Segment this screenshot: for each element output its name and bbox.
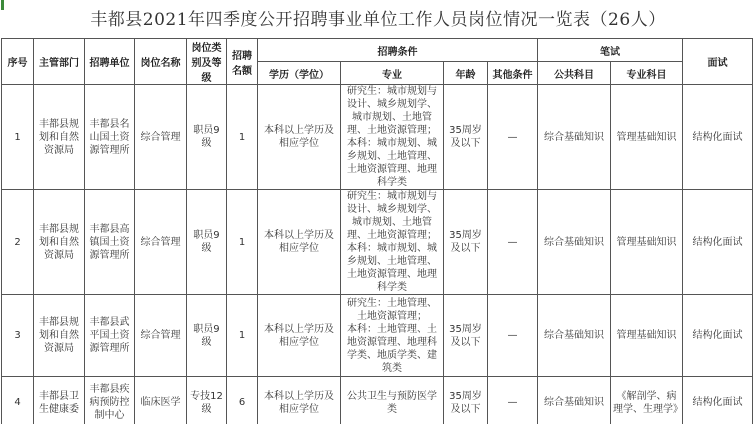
header-quota: 招聘名额 [227, 39, 258, 85]
cell-department: 丰都县规划和自然资源局 [34, 295, 85, 377]
cell-interview: 结构化面试 [683, 85, 753, 190]
table-row: 1 丰都县规划和自然资源局 丰都县名山国土资源管理所 综合管理 职员9级 1 本… [2, 85, 753, 190]
header-public-subject: 公共科目 [538, 62, 611, 85]
cell-major: 研究生：土地管理、土地资源管理； 本科：土地管理、土地资源管理、地理科学类、地质… [341, 295, 444, 377]
cell-quota: 6 [227, 377, 258, 424]
cell-education: 本科以上学历及相应学位 [258, 377, 341, 424]
cell-category: 职员9级 [187, 295, 227, 377]
cell-quota: 1 [227, 295, 258, 377]
table-row: 3 丰都县规划和自然资源局 丰都县武平国土资源管理所 综合管理 职员9级 1 本… [2, 295, 753, 377]
cell-position: 综合管理 [135, 295, 187, 377]
major-line: 本科：城市规划、城乡规划、土地管理、土地资源管理、地理科学类 [343, 137, 441, 189]
cell-seq: 2 [2, 190, 34, 295]
page-title: 丰都县2021年四季度公开招聘事业单位工作人员岗位情况一览表（26人） [0, 8, 756, 32]
recruitment-table: 序号 主管部门 招聘单位 岗位名称 岗位类别及等级 招聘名额 招聘条件 笔试 面… [1, 38, 753, 424]
cell-quota: 1 [227, 190, 258, 295]
cell-age: 35周岁及以下 [444, 85, 488, 190]
header-unit: 招聘单位 [85, 39, 135, 85]
cell-seq: 4 [2, 377, 34, 424]
header-professional-subject: 专业科目 [611, 62, 683, 85]
cell-age: 35周岁及以下 [444, 377, 488, 424]
cell-position: 临床医学 [135, 377, 187, 424]
header-other: 其他条件 [488, 62, 538, 85]
table-row: 4 丰都县卫生健康委 丰都县疾病预防控制中心 临床医学 专技12级 6 本科以上… [2, 377, 753, 424]
cell-public-subject: 综合基础知识 [538, 85, 611, 190]
header-department: 主管部门 [34, 39, 85, 85]
cell-interview: 结构化面试 [683, 377, 753, 424]
major-line: 公共卫生与预防医学类 [343, 390, 441, 416]
cell-professional-subject: 管理基础知识 [611, 190, 683, 295]
header-age: 年龄 [444, 62, 488, 85]
header-interview: 面试 [683, 39, 753, 85]
cell-seq: 1 [2, 85, 34, 190]
header-row-1: 序号 主管部门 招聘单位 岗位名称 岗位类别及等级 招聘名额 招聘条件 笔试 面… [2, 39, 753, 62]
cell-interview: 结构化面试 [683, 190, 753, 295]
cell-unit: 丰都县高镇国土资源管理所 [85, 190, 135, 295]
cell-public-subject: 综合基础知识 [538, 295, 611, 377]
cell-education: 本科以上学历及相应学位 [258, 295, 341, 377]
cell-unit: 丰都县武平国土资源管理所 [85, 295, 135, 377]
cell-seq: 3 [2, 295, 34, 377]
cell-public-subject: 综合基础知识 [538, 190, 611, 295]
cell-position: 综合管理 [135, 85, 187, 190]
cell-public-subject: 综合基础知识 [538, 377, 611, 424]
cell-unit: 丰都县名山国土资源管理所 [85, 85, 135, 190]
cell-major: 研究生：城市规划与设计、城乡规划学、城市规划、土地管理、土地资源管理； 本科：城… [341, 85, 444, 190]
cell-category: 专技12级 [187, 377, 227, 424]
cell-position: 综合管理 [135, 190, 187, 295]
cell-professional-subject: 《解剖学、病理学、生理学》 [611, 377, 683, 424]
cell-age: 35周岁及以下 [444, 295, 488, 377]
major-line: 研究生：城市规划与设计、城乡规划学、城市规划、土地管理、土地资源管理； [343, 85, 441, 137]
header-major: 专业 [341, 62, 444, 85]
header-seq: 序号 [2, 39, 34, 85]
cell-education: 本科以上学历及相应学位 [258, 190, 341, 295]
cell-department: 丰都县规划和自然资源局 [34, 190, 85, 295]
cell-category: 职员9级 [187, 85, 227, 190]
cell-other: — [488, 377, 538, 424]
header-education: 学历（学位） [258, 62, 341, 85]
cell-department: 丰都县卫生健康委 [34, 377, 85, 424]
cell-professional-subject: 管理基础知识 [611, 85, 683, 190]
cell-other: — [488, 190, 538, 295]
header-written-group: 笔试 [538, 39, 683, 62]
cell-category: 职员9级 [187, 190, 227, 295]
cell-professional-subject: 管理基础知识 [611, 295, 683, 377]
major-line: 研究生：土地管理、土地资源管理； [343, 297, 441, 323]
major-line: 本科：土地管理、土地资源管理、地理科学类、地质学类、建筑类 [343, 323, 441, 375]
cell-unit: 丰都县疾病预防控制中心 [85, 377, 135, 424]
cell-quota: 1 [227, 85, 258, 190]
cell-age: 35周岁及以下 [444, 190, 488, 295]
major-line: 研究生：城市规划与设计、城乡规划学、城市规划、土地管理、土地资源管理； [343, 190, 441, 242]
cell-education: 本科以上学历及相应学位 [258, 85, 341, 190]
cell-major: 公共卫生与预防医学类 [341, 377, 444, 424]
major-line: 本科：城市规划、城乡规划、土地管理、土地资源管理、地理科学类 [343, 242, 441, 294]
table-row: 2 丰都县规划和自然资源局 丰都县高镇国土资源管理所 综合管理 职员9级 1 本… [2, 190, 753, 295]
cell-major: 研究生：城市规划与设计、城乡规划学、城市规划、土地管理、土地资源管理； 本科：城… [341, 190, 444, 295]
cell-interview: 结构化面试 [683, 295, 753, 377]
header-position: 岗位名称 [135, 39, 187, 85]
header-conditions-group: 招聘条件 [258, 39, 538, 62]
cell-other: — [488, 85, 538, 190]
cell-other: — [488, 295, 538, 377]
header-category: 岗位类别及等级 [187, 39, 227, 85]
cell-department: 丰都县规划和自然资源局 [34, 85, 85, 190]
